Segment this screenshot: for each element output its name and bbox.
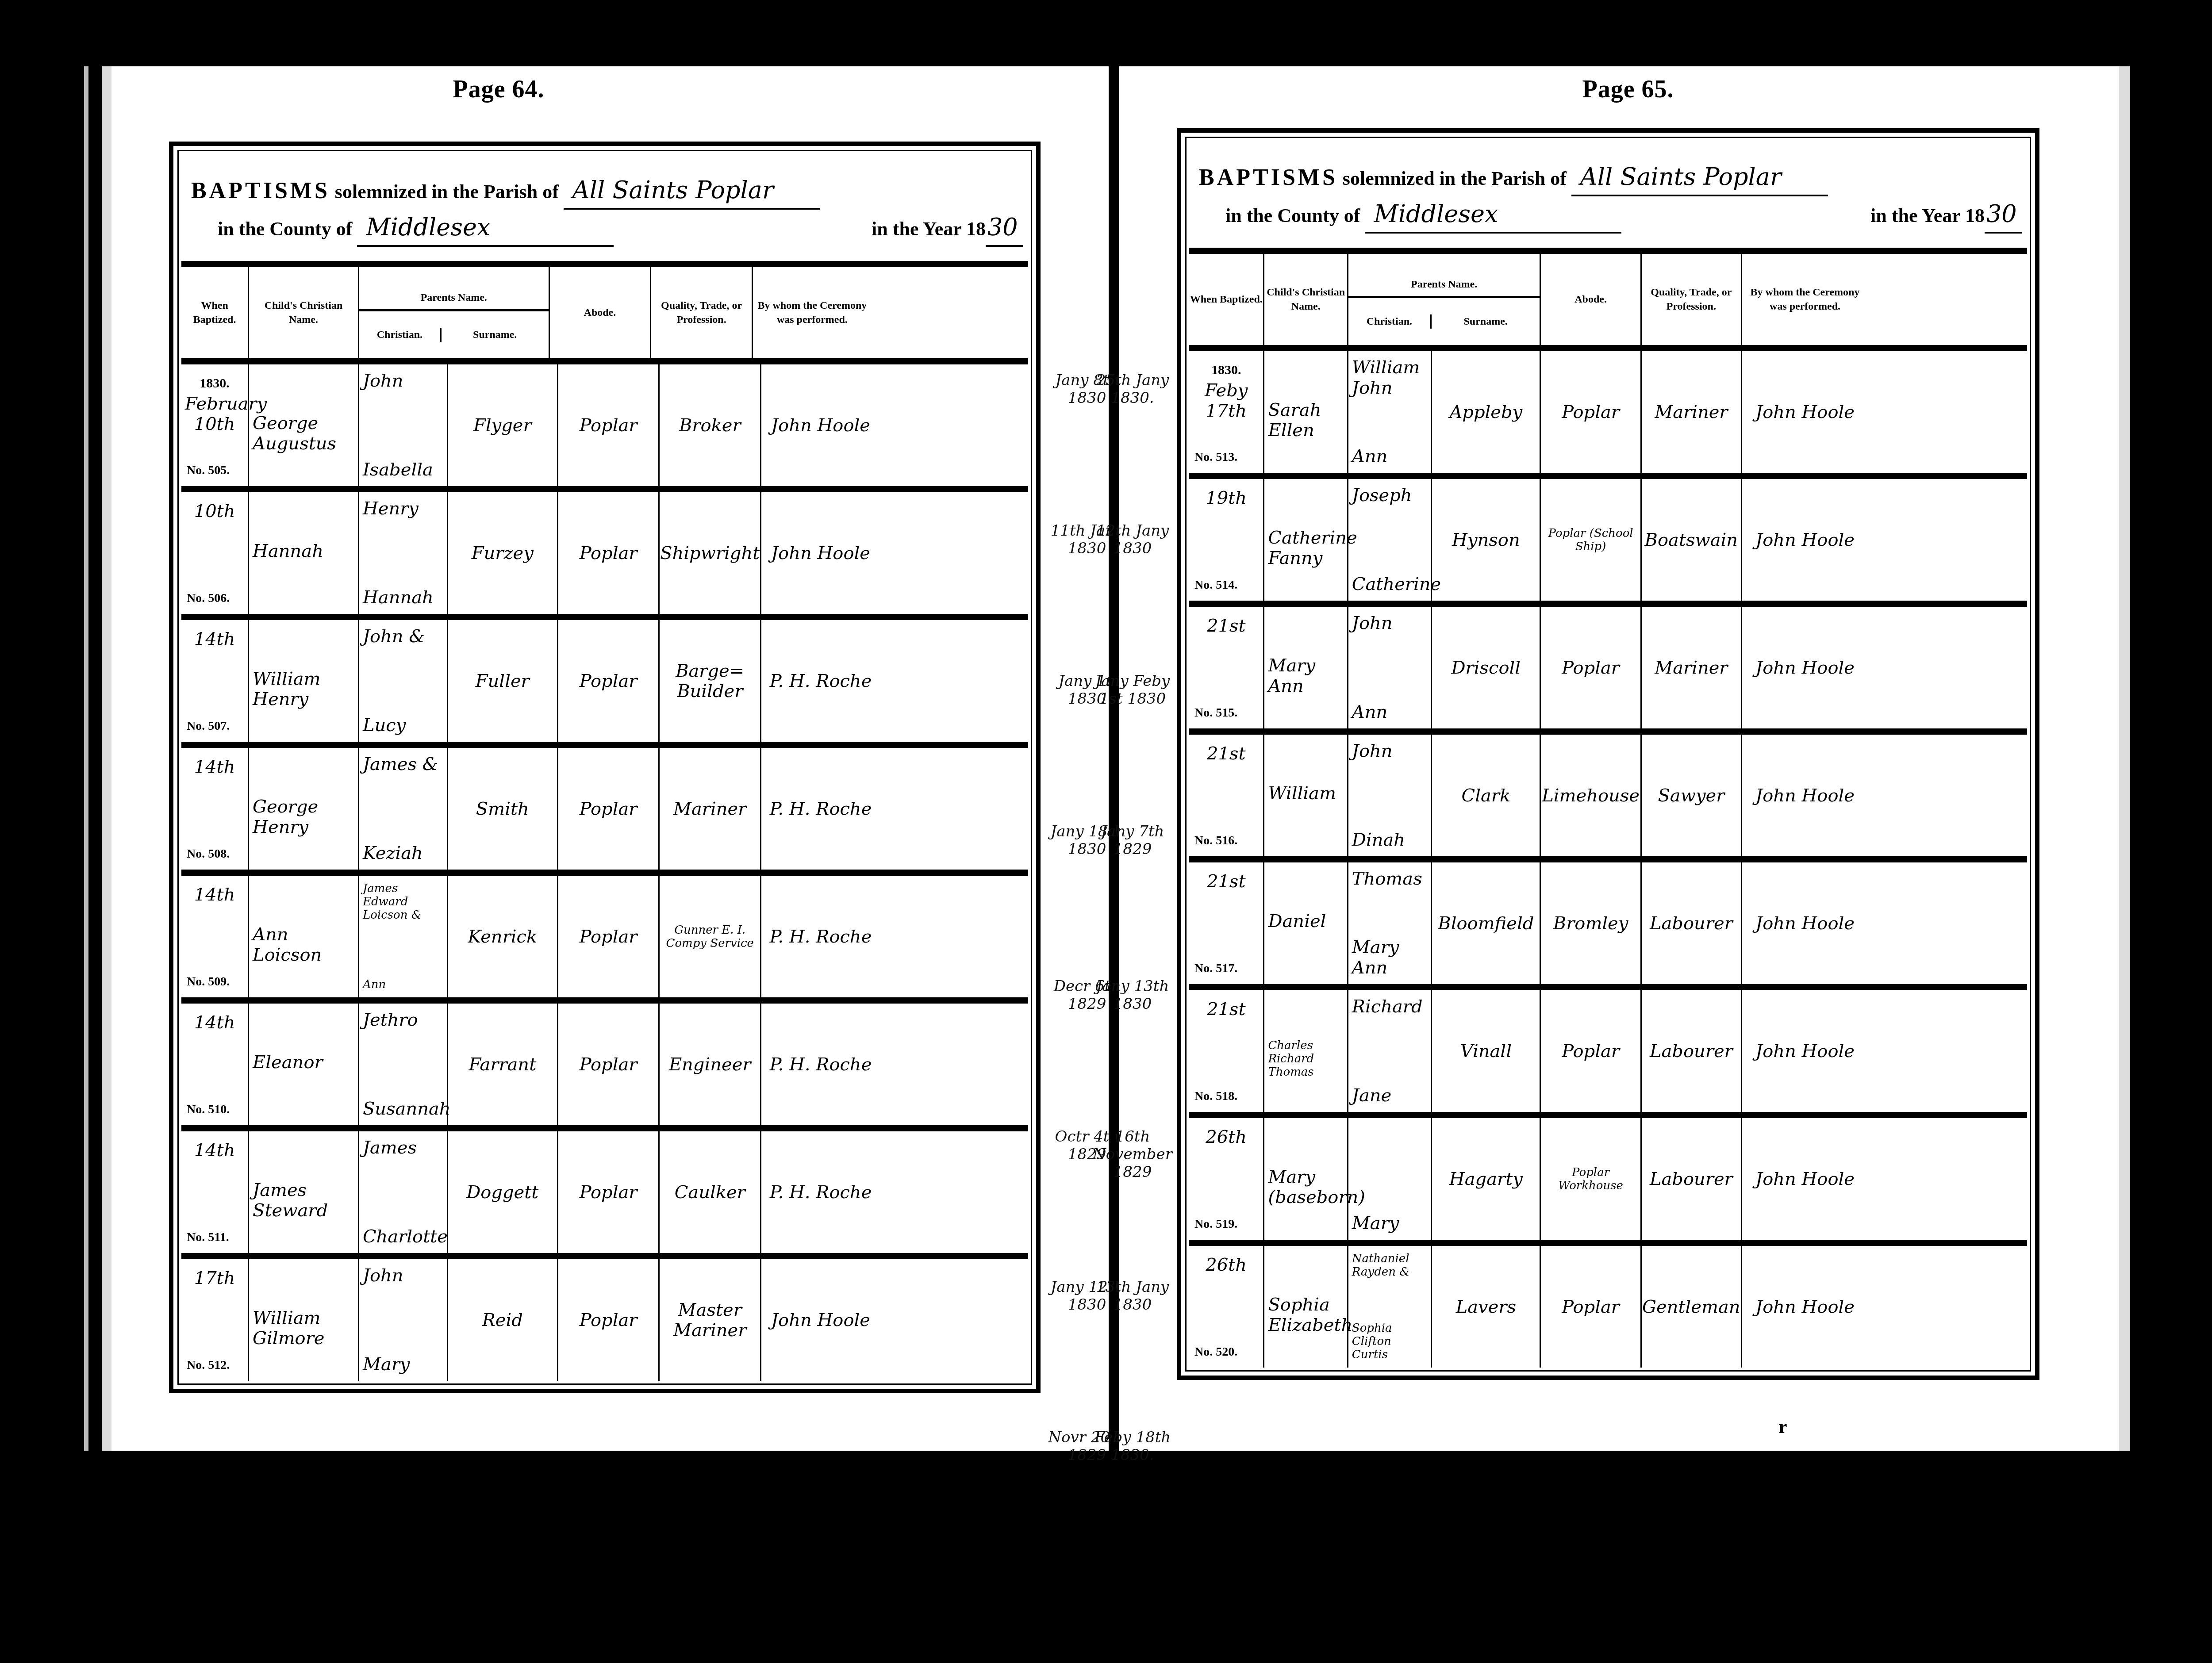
quality: Broker [660,364,761,486]
entry-number: No. 513. [1194,447,1237,467]
officiant: John Hoole [1742,862,1868,984]
surname: Flyger [448,364,558,486]
mother-name: Isabella [363,460,443,480]
entry-date: 26th [1206,1255,1247,1275]
abode: Poplar [1541,990,1641,1112]
child-name: Ann Loicson [249,876,359,997]
table-row: 21stNo. 516. William JohnDinah Clark Lim… [1189,728,2027,856]
table-row: 21stNo. 517. Daniel ThomasMary Ann Bloom… [1189,856,2027,984]
surname: Driscoll [1432,607,1541,728]
father-name: James Edward Loicson & [363,882,443,922]
abode: Poplar [1541,351,1641,473]
header-parents: Parents Name. Christian. Surname. [359,267,550,358]
header-quality: Quality, Trade, or Profession. [1642,254,1742,345]
entry-number: No. 516. [1194,831,1237,851]
father-name: William John [1352,357,1427,398]
mother-name: Charlotte [363,1226,443,1247]
quality: Gunner E. I. Compy Service [660,876,761,997]
year-label: in the Year 18 [872,218,986,240]
margin-note: 13th Jany 1830 [1088,1278,1177,1314]
page-number: Page 64. [0,75,1001,103]
table-row: 1830.February 10thNo. 505. George August… [181,358,1028,486]
county-field: Middlesex [1365,196,1621,234]
entry-number: No. 506. [187,588,230,609]
mother-name: Jane [1352,1085,1427,1106]
child-name: George Henry [249,748,359,870]
mother-name: Mary [363,1354,443,1375]
entry-date: 14th [194,885,235,905]
abode: Poplar [558,1004,660,1125]
surname: Furzey [448,492,558,614]
entry-date: 21st [1207,743,1246,764]
officiant: P. H. Roche [761,748,880,870]
child-name: George Augustus [249,364,359,486]
father-name: John [363,1265,443,1286]
abode: Bromley [1541,862,1641,984]
quality: Labourer [1642,1118,1742,1240]
header-child: Child's Christian Name. [249,267,359,358]
baptism-table: When Baptized. Child's Christian Name. P… [1189,248,2027,1368]
quality: Labourer [1642,862,1742,984]
margin-note: 25th Jany 1830. [1088,372,1177,407]
child-name: Sophia Elizabeth [1264,1246,1348,1368]
table-row: 14thNo. 511. James Steward JamesCharlott… [181,1125,1028,1253]
surname: Kenrick [448,876,558,997]
officiant: John Hoole [1742,607,1868,728]
child-name: Eleanor [249,1004,359,1125]
header-parents-title: Parents Name. [359,267,549,311]
officiant: P. H. Roche [761,1131,880,1253]
surname: Hagarty [1432,1118,1541,1240]
surname: Hynson [1432,479,1541,601]
mother-name: Sophia Clifton Curtis [1352,1322,1427,1361]
officiant: John Hoole [761,492,880,614]
entry-number: No. 515. [1194,703,1237,723]
table-row: 21stNo. 515. Mary Ann JohnAnn Driscoll P… [1189,601,2027,728]
surname: Clark [1432,735,1541,856]
father-name: John [1352,613,1427,633]
footer-mark: r [1778,1415,1787,1438]
abode: Poplar [1541,1246,1641,1368]
abode: Poplar [558,492,660,614]
entry-date: 21st [1207,999,1246,1019]
officiant: John Hoole [1742,479,1868,601]
county-label: in the County of [1225,205,1360,226]
quality: Caulker [660,1131,761,1253]
officiant: John Hoole [761,364,880,486]
entry-number: No. 518. [1194,1086,1237,1107]
entry-date: 14th [194,757,235,777]
child-name: Hannah [249,492,359,614]
surname: Fuller [448,620,558,742]
abode: Poplar (School Ship) [1541,479,1641,601]
surname: Farrant [448,1004,558,1125]
surname: Doggett [448,1131,558,1253]
father-name: Jethro [363,1010,443,1030]
register-title: BAPTISMS solemnized in the Parish of All… [191,172,1023,252]
parish-field: All Saints Poplar [1571,159,1828,196]
entry-number: No. 517. [1194,958,1237,979]
officiant: John Hoole [1742,1246,1868,1368]
header-abode: Abode. [550,267,652,358]
entry-number: No. 512. [187,1355,230,1376]
left-page: Page 64. BAPTISMS solemnized in the Pari… [102,66,1116,1451]
father-name: Henry [363,498,443,519]
child-name: Mary Ann [1264,607,1348,728]
table-header: When Baptized. Child's Christian Name. P… [181,261,1028,358]
abode: Poplar [558,876,660,997]
child-name: William Gilmore [249,1259,359,1381]
surname: Lavers [1432,1246,1541,1368]
table-row: 26thNo. 519. Mary (baseborn) Mary Hagart… [1189,1112,2027,1240]
year-field: 30 [1985,196,2022,234]
quality: Shipwright [660,492,761,614]
entry-number: No. 511. [187,1227,229,1248]
surname: Vinall [1432,990,1541,1112]
abode: Poplar [558,1259,660,1381]
officiant: P. H. Roche [761,1004,880,1125]
quality: Engineer [660,1004,761,1125]
child-name: Mary (baseborn) [1264,1118,1348,1240]
father-name: Joseph [1352,485,1427,506]
right-page: Page 65. 25th Jany 1830. 12th Jany 1830 … [1119,66,2130,1451]
register-book-spread: Page 64. BAPTISMS solemnized in the Pari… [102,66,2212,1482]
margin-note: Feby 18th 1830. [1088,1429,1177,1464]
surname: Reid [448,1259,558,1381]
entry-date: 17th [194,1268,235,1288]
officiant: John Hoole [1742,351,1868,473]
margin-note: Jany Feby 1st 1830 [1088,672,1177,708]
table-row: 10thNo. 506. Hannah HenryHannah Furzey P… [181,486,1028,614]
entry-number: No. 505. [187,460,230,481]
entry-date: 21st [1207,871,1246,892]
header-parents: Parents Name. Christian. Surname. [1348,254,1541,345]
mother-name: Ann [1352,702,1427,722]
mother-name: Susannah [363,1099,443,1119]
officiant: John Hoole [1742,1118,1868,1240]
child-name: James Steward [249,1131,359,1253]
quality: Boatswain [1642,479,1742,601]
mother-name: Hannah [363,587,443,608]
child-name: Charles Richard Thomas [1264,990,1348,1112]
header-when: When Baptized. [181,267,249,358]
table-row: 26thNo. 520. Sophia Elizabeth Nathaniel … [1189,1240,2027,1368]
abode: Poplar [558,620,660,742]
officiant: John Hoole [761,1259,880,1381]
entry-number: No. 508. [187,844,230,864]
entry-number: No. 520. [1194,1342,1237,1362]
baptism-register: BAPTISMS solemnized in the Parish of All… [169,142,1041,1393]
margin-note: 12th Jany 1830 [1088,522,1177,557]
entry-number: No. 509. [187,972,230,992]
margin-note: Jany 7th 1829 [1088,823,1177,858]
table-row: 17thNo. 512. William Gilmore JohnMary Re… [181,1253,1028,1381]
entry-date: 21st [1207,616,1246,636]
abode: Poplar [558,364,660,486]
mother-name: Dinah [1352,830,1427,850]
header-quality: Quality, Trade, or Profession. [651,267,753,358]
child-name: Catherine Fanny [1264,479,1348,601]
entry-number: No. 507. [187,716,230,736]
father-name: Richard [1352,996,1427,1017]
table-row: 14thNo. 508. George Henry James &Keziah … [181,742,1028,870]
entry-date: 10th [194,501,235,521]
officiant: P. H. Roche [761,620,880,742]
entry-year: 1830. [1193,360,1260,380]
mother-name: Ann [363,978,443,991]
father-name: James & [363,754,443,774]
abode: Poplar [558,1131,660,1253]
child-name: Daniel [1264,862,1348,984]
page-number: Page 65. [1128,75,2128,103]
mother-name: Mary [1352,1213,1427,1234]
mother-name: Mary Ann [1352,937,1427,978]
parish-field: All Saints Poplar [564,172,820,210]
child-name: Sarah Ellen [1264,351,1348,473]
header-surname: Surname. [1432,314,1540,329]
father-name: Nathaniel Rayden & [1352,1252,1427,1279]
table-row: 21stNo. 518. Charles Richard Thomas Rich… [1189,984,2027,1112]
table-row: 19thNo. 514. Catherine Fanny JosephCathe… [1189,473,2027,601]
quality: Sawyer [1642,735,1742,856]
father-name: John [363,371,443,391]
quality: Labourer [1642,990,1742,1112]
table-row: 14thNo. 510. Eleanor JethroSusannah Farr… [181,997,1028,1125]
quality: Master Mariner [660,1259,761,1381]
father-name: John & [363,626,443,647]
header-parents-title: Parents Name. [1348,254,1540,298]
abode: Poplar [1541,607,1641,728]
entry-number: No. 514. [1194,575,1237,595]
header-abode: Abode. [1541,254,1641,345]
abode: Poplar Workhouse [1541,1118,1641,1240]
entry-date: 14th [194,629,235,649]
header-by-whom: By whom the Ceremony was performed. [1742,254,1868,345]
title-lead: BAPTISMS [191,178,330,203]
mother-name: Catherine [1352,574,1427,594]
header-surname: Surname. [442,328,549,342]
father-name: James [363,1138,443,1158]
title-text: solemnized in the Parish of [1343,168,1567,189]
entry-date: Feby 17th [1205,380,1248,421]
quality: Mariner [660,748,761,870]
title-text: solemnized in the Parish of [335,181,559,203]
quality: Gentleman [1642,1246,1742,1368]
header-child: Child's Christian Name. [1264,254,1348,345]
baptism-register: BAPTISMS solemnized in the Parish of All… [1177,128,2039,1380]
county-field: Middlesex [357,210,614,247]
margin-birth-dates: 25th Jany 1830. 12th Jany 1830 Jany Feby… [1088,372,1177,1477]
mother-name: Keziah [363,843,443,863]
officiant: P. H. Roche [761,876,880,997]
entry-number: No. 519. [1194,1214,1237,1234]
mother-name: Ann [1352,446,1427,467]
header-christian: Christian. [359,328,442,342]
table-row: 14thNo. 509. Ann Loicson James Edward Lo… [181,870,1028,997]
abode: Poplar [558,748,660,870]
father-name: John [1352,741,1427,761]
margin-note: 16th November 1829 [1088,1128,1177,1181]
header-when: When Baptized. [1189,254,1264,345]
entry-year: 1830. [185,373,244,394]
entry-date: 19th [1206,488,1247,508]
year-label: in the Year 18 [1870,205,1985,226]
officiant: John Hoole [1742,990,1868,1112]
title-lead: BAPTISMS [1199,165,1338,190]
table-row: 1830.Feby 17thNo. 513. Sarah Ellen Willi… [1189,345,2027,473]
surname: Smith [448,748,558,870]
abode: Limehouse [1541,735,1641,856]
quality: Barge= Builder [660,620,761,742]
entry-number: No. 510. [187,1100,230,1120]
child-name: William Henry [249,620,359,742]
baptism-table: When Baptized. Child's Christian Name. P… [181,261,1028,1381]
officiant: John Hoole [1742,735,1868,856]
entry-date: 14th [194,1140,235,1161]
register-title: BAPTISMS solemnized in the Parish of All… [1199,159,2022,239]
surname: Bloomfield [1432,862,1541,984]
entry-date: 26th [1206,1127,1247,1147]
quality: Mariner [1642,351,1742,473]
quality: Mariner [1642,607,1742,728]
mother-name: Lucy [363,715,443,736]
margin-note: Jany 13th 1830 [1088,977,1177,1013]
child-name: William [1264,735,1348,856]
header-christian: Christian. [1348,314,1432,329]
entry-date: 14th [194,1012,235,1033]
county-label: in the County of [218,218,352,240]
surname: Appleby [1432,351,1541,473]
table-row: 14thNo. 507. William Henry John &Lucy Fu… [181,614,1028,742]
table-header: When Baptized. Child's Christian Name. P… [1189,248,2027,345]
father-name: Thomas [1352,869,1427,889]
header-by-whom: By whom the Ceremony was performed. [753,267,872,358]
year-field: 30 [986,210,1023,247]
